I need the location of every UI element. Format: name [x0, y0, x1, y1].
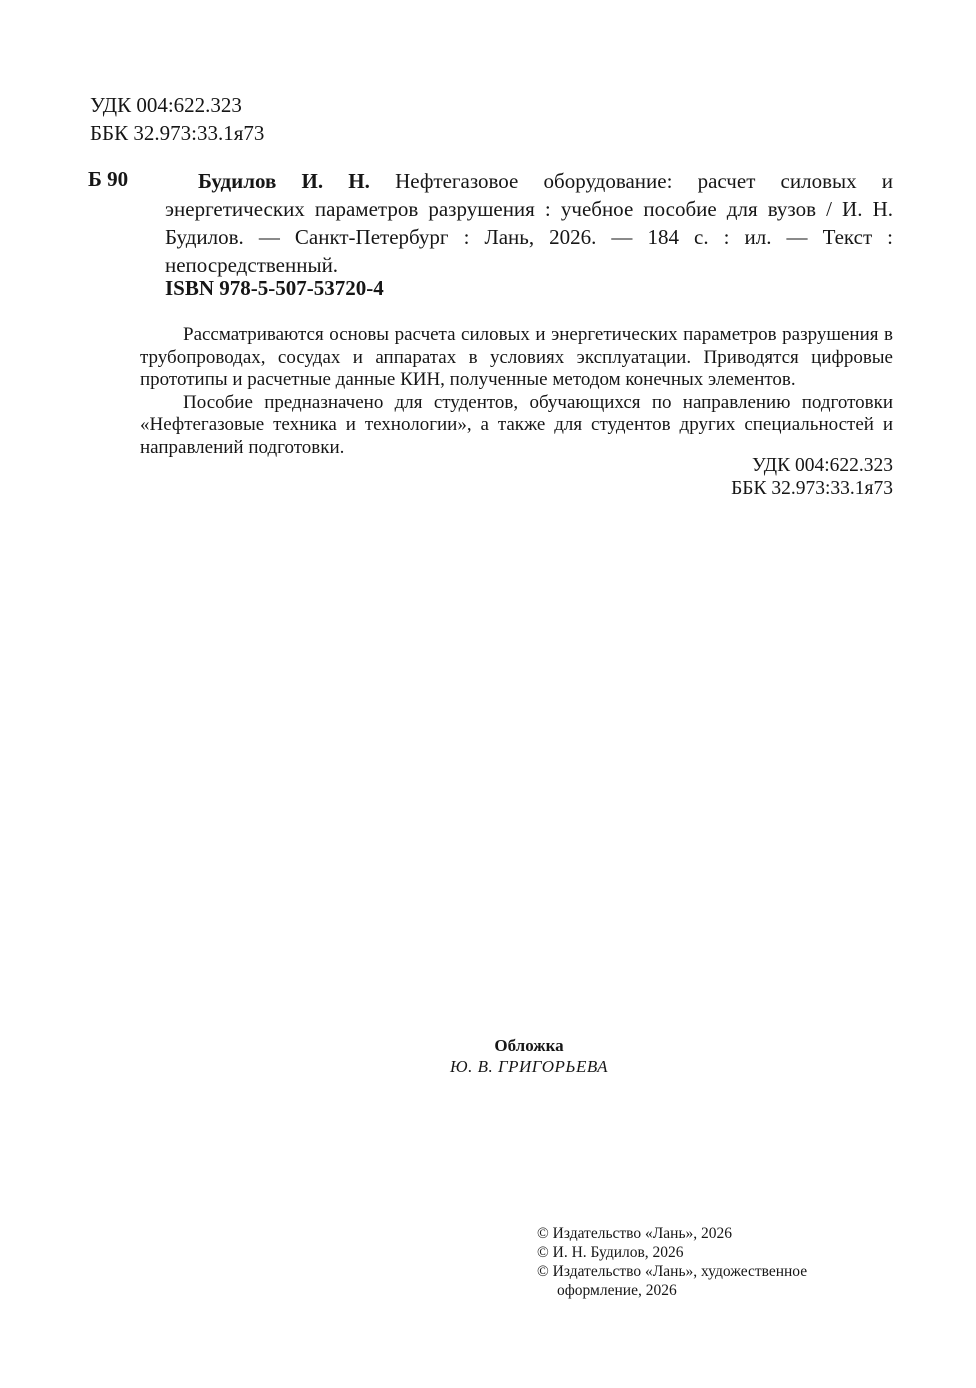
annotation-paragraph-1: Рассматриваются основы расчета силовых и… — [140, 324, 893, 392]
bbk-code-bottom: ББК 32.973:33.1я73 — [140, 478, 893, 501]
cover-credit-label: Обложка — [165, 1035, 893, 1056]
author-sign: Б 90 — [88, 167, 128, 192]
udk-code-bottom: УДК 004:622.323 — [140, 455, 893, 478]
isbn: ISBN 978-5-507-53720-4 — [165, 276, 384, 301]
bottom-classification-codes: УДК 004:622.323 ББК 32.973:33.1я73 — [140, 455, 893, 500]
annotation-paragraph-2: Пособие предназначено для студентов, обу… — [140, 392, 893, 460]
bbk-code-top: ББК 32.973:33.1я73 — [90, 119, 264, 147]
imprint-page: УДК 004:622.323 ББК 32.973:33.1я73 Б 90 … — [0, 0, 976, 1388]
cover-designer-name: Ю. В. ГРИГОРЬЕВА — [165, 1056, 893, 1077]
copyright-line-publisher: © Издательство «Лань», 2026 — [537, 1224, 849, 1243]
author-name: Будилов И. Н. — [198, 169, 370, 193]
udk-code-top: УДК 004:622.323 — [90, 91, 264, 119]
catalog-card-text: Будилов И. Н. Нефтегазовое оборудование:… — [165, 167, 893, 279]
copyright-line-artwork: © Издательство «Лань», художественное оф… — [537, 1262, 849, 1300]
top-classification-codes: УДК 004:622.323 ББК 32.973:33.1я73 — [90, 91, 264, 147]
annotation: Рассматриваются основы расчета силовых и… — [140, 324, 893, 459]
copyright-colophon: © Издательство «Лань», 2026 © И. Н. Буди… — [537, 1224, 849, 1300]
cover-credit: Обложка Ю. В. ГРИГОРЬЕВА — [165, 1035, 893, 1077]
copyright-line-author: © И. Н. Будилов, 2026 — [537, 1243, 849, 1262]
